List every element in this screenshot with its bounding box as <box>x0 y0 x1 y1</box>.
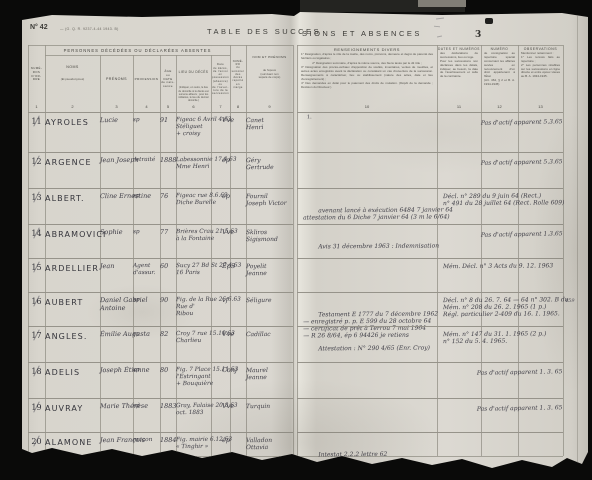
renseignements-entry: Intestat 2.2.2 lettre 62 <box>297 432 443 456</box>
column-header-dates-et-numeros: DATES ET NUMÉROS des déclarations de suc… <box>437 45 481 112</box>
profession: sp <box>133 113 160 152</box>
renseignements-entry: 1. <box>297 113 439 153</box>
age-or-birth: 82 <box>160 327 176 362</box>
column-header-renseignements-divers: RENSEIGNEMENTS DIVERS 1° Désignation, d'… <box>297 45 437 112</box>
place-of-death: Figeac rue 8.6.63 Diche Burelle <box>176 189 211 224</box>
profession: retraité <box>133 153 160 188</box>
row-number: 16 <box>28 293 45 326</box>
group-header-personnes-decedees: PERSONNES DÉCÉDÉES OU DÉCLARÉES ABSENTES <box>45 45 230 55</box>
row-number: 19 <box>28 399 45 432</box>
declaration-entry: Mém. n° 147 du 31. 1. 1965 (2 p.) n° 152… <box>443 327 487 362</box>
spouse-name: Poyelit Jeanne <box>246 259 293 292</box>
surname: ABRAMOVICI <box>45 225 100 258</box>
place-of-death: Fig. 7 Place 15.11.63 l'Estringant + Bou… <box>176 363 211 398</box>
marital-status: Vve <box>222 399 238 432</box>
renseignements-text: Intestat 2.2.2 lettre 62 <box>318 451 387 458</box>
age-or-birth: 91 <box>160 113 176 152</box>
renseignements-entry: avenant lancé à exécution 6484 7 janvier… <box>297 188 443 224</box>
spouse-name: Séligure <box>246 293 293 326</box>
renseignements-entry: Testament E 1777 du 7 décembre 1962 — en… <box>297 292 443 326</box>
observation-entry <box>487 326 564 362</box>
row-right-page: Pas d'actif apparent 1. 3. 65 <box>297 362 563 398</box>
row-number: 15 <box>28 259 45 292</box>
declaration-entry: Décl. n° 8 du 26. 7. 64 — 64 n° 302. B d… <box>443 293 487 326</box>
table-row: 13 ALBERT. Cline Ernestine sp 76 Figeac … <box>22 188 588 224</box>
age-or-birth: 77 <box>160 225 176 258</box>
page-number: 3 <box>475 30 481 40</box>
column-header-numero-sommier: NUMÉ- RO du sommier des décès reporté en… <box>230 45 246 112</box>
spouse-name: Turquin <box>246 399 293 432</box>
observation-entry <box>487 292 564 326</box>
surname: ADELIS <box>45 363 100 398</box>
first-names: Marie Thérèse <box>100 399 133 432</box>
table-row: 14 ABRAMOVICI Sophie sp 77 Brières Crau … <box>22 224 588 258</box>
surname: AUVRAY <box>45 399 100 432</box>
age-or-birth: 1884 <box>160 433 176 456</box>
declaration-entry <box>438 113 481 152</box>
spouse-name: Valladon Ottavia <box>246 433 293 456</box>
age-or-birth: 76 <box>160 189 176 224</box>
place-of-death: Fig. mairie 6.12.63 « Tinghir » <box>176 433 211 456</box>
marital-status: ÉpS <box>222 259 238 292</box>
declaration-entry <box>436 399 478 432</box>
marital-status: Vve <box>222 225 238 258</box>
observation-entry: Pas d'actif apparent 1. 3. 65 <box>477 398 563 432</box>
row-number: 17 <box>28 327 45 362</box>
row-right-page: Pas d'actif apparent 5.3.65 <box>297 152 563 188</box>
profession: Agent d'assur. <box>133 259 160 292</box>
page-title-right: SIONS ET ABSENCES <box>302 29 422 38</box>
row-right-page: Testament E 1777 du 7 décembre 1962 — en… <box>297 292 563 326</box>
observation-entry: Pas d'actif apparent 5.3.65 <box>481 112 563 152</box>
column-header-profession: PROFESSION 4 <box>133 55 160 112</box>
renseignements-text: Avis 31 décembre 1963 : Indemnisation <box>318 243 439 251</box>
place-of-death: Gray, Falaise 20.8.63 oct. 1883 <box>176 399 211 432</box>
screenshot-root: N° 42 — (G. Q. R. 9237-4-44 1943. B) TAB… <box>0 0 592 480</box>
row-number: 20 <box>28 433 45 456</box>
first-names: Jean <box>100 259 133 292</box>
row-left-page: 12 ARGENCE Jean Joseph retraité 1888 Lab… <box>28 152 293 188</box>
column-header-nom-epoux: NOM ET PRÉNOMS de l'époux (survivant non… <box>246 45 293 112</box>
observation-entry <box>487 258 564 292</box>
place-of-death: Fig. de la Rue 26.6.63 Rue d' Ribou <box>176 293 211 326</box>
declaration-entry: Mém. Décl. n° 3 Acts du 9. 12. 1963 <box>443 259 487 292</box>
row-right-page: 1. Pas d'actif apparent 5.3.65 <box>297 112 563 152</box>
column-header-lieu-du-deces: LIEU DU DÉCÈS (Indiquer, en outre, le li… <box>176 55 211 112</box>
declaration-entry <box>443 433 487 456</box>
renseignements-entry: Avis 31 décembre 1963 : Indemnisation <box>297 225 439 259</box>
first-names: Jean Joseph <box>100 153 133 188</box>
marital-status: vf <box>222 293 238 326</box>
profession: sp <box>133 189 160 224</box>
renseignements-entry: Attestation : N° 290 4/65 (Enr. Croy) <box>297 326 443 362</box>
renseignements-entry <box>297 399 436 433</box>
marital-status: Conj <box>222 363 238 398</box>
table-row: 20 ALAMONE Jean François maçon 1884 Fig.… <box>22 432 588 456</box>
profession: sp <box>133 327 160 362</box>
observation-entry: Pas d'actif apparent 5.3.65 <box>481 152 563 188</box>
row-right-page: Mém. Décl. n° 3 Acts du 9. 12. 1963 <box>297 258 563 292</box>
place-of-death: Labessonnie 17.4.63 Mme Henri <box>176 153 211 188</box>
observation-entry: Pas d'actif apparent 1.3.65 <box>481 224 563 258</box>
table-row: 15 ARDELLIER Jean Agent d'assur. 60 Sucy… <box>22 258 588 292</box>
surname: ARDELLIER <box>45 259 100 292</box>
row-number: 12 <box>28 153 45 188</box>
first-names: Joseph Étienne <box>100 363 133 398</box>
profession: sp <box>133 399 160 432</box>
column-header-noms: NOMS (Et pseudonymes) 2 <box>45 55 100 112</box>
first-names: Lucie <box>100 113 133 152</box>
declaration-entry: Décl. n° 289 du 9 juin 64 (Rect.) n° 491… <box>443 189 487 224</box>
surname: AUBERT <box>45 293 100 326</box>
column-header-date-du-deces: Date du décès, de l'envoi en possession … <box>211 55 230 112</box>
declaration-entry <box>436 363 478 398</box>
column-header-numero-repertoire: NUMÉRO de consignation au répertoire spé… <box>481 45 518 112</box>
background-sliver <box>418 0 466 7</box>
marital-status: Vve <box>222 113 238 152</box>
first-names: Daniel Gabriel Antoine <box>100 293 133 326</box>
ink-blot <box>485 18 493 24</box>
profession: sp <box>133 363 160 398</box>
observation-entry <box>487 432 563 456</box>
spouse-name: Cadillac <box>246 327 293 362</box>
row-number: 13 <box>28 189 45 224</box>
age-or-birth: 80 <box>160 363 176 398</box>
row-number: 11 <box>28 113 45 152</box>
profession: maçon <box>133 433 160 456</box>
profession: sp <box>133 225 160 258</box>
marital-status: ép <box>222 433 238 456</box>
row-left-page: 16 AUBERT Daniel Gabriel Antoine sp 90 F… <box>28 292 293 326</box>
pencil-mark: 1. <box>307 115 312 121</box>
table-row: 12 ARGENCE Jean Joseph retraité 1888 Lab… <box>22 152 588 188</box>
row-number: 14 <box>28 225 45 258</box>
first-names: Cline Ernestine <box>100 189 133 224</box>
surname: ALBERT. <box>45 189 100 224</box>
marital-status: ép <box>222 189 238 224</box>
spouse-name: Maurel Jeanne <box>246 363 293 398</box>
declaration-entry <box>439 153 482 188</box>
row-left-page: 19 AUVRAY Marie Thérèse sp 1883 Gray, Fa… <box>28 398 293 432</box>
place-of-death: Brières Crau 21.5.63 à la Fontaine <box>176 225 211 258</box>
form-reference: — (G. Q. R. 9237-4-44 1943. B) <box>60 27 119 31</box>
age-or-birth: 1888 <box>160 153 176 188</box>
column-header-prenoms: PRÉNOMS 3 <box>100 55 133 112</box>
grid-line <box>28 456 293 457</box>
row-left-page: 14 ABRAMOVICI Sophie sp 77 Brières Crau … <box>28 224 293 258</box>
column-header-observations: OBSERVATIONS Mentionner notamment : 1° L… <box>518 45 563 112</box>
age-or-birth: 60 <box>160 259 176 292</box>
row-left-page: 20 ALAMONE Jean François maçon 1884 Fig.… <box>28 432 293 456</box>
place-of-death: Figeac 6 Avril 4.63 Stéliguet + croisy <box>176 113 211 152</box>
scanned-register-spread: N° 42 — (G. Q. R. 9237-4-44 1943. B) TAB… <box>22 12 588 470</box>
column-header-numero-ordre: NUMÉ- ROS D'OR- DRE 1 <box>28 45 45 112</box>
margin-note: 459 <box>565 298 575 304</box>
spouse-name: Fournil Joseph Victor <box>246 189 293 224</box>
spouse-name: Canet Henri <box>246 113 293 152</box>
table-row: 19 AUVRAY Marie Thérèse sp 1883 Gray, Fa… <box>22 398 588 432</box>
row-left-page: 15 ARDELLIER Jean Agent d'assur. 60 Sucy… <box>28 258 293 292</box>
row-number: 18 <box>28 363 45 398</box>
row-right-page: Attestation : N° 290 4/65 (Enr. Croy) Mé… <box>297 326 563 362</box>
renseignements-text: Attestation : N° 290 4/65 (Enr. Croy) <box>318 345 430 353</box>
table-row: 17 ANGLES. Émilie Augusta sp 82 Croy 7 r… <box>22 326 588 362</box>
row-right-page: Intestat 2.2.2 lettre 62 <box>297 432 563 456</box>
first-names: Jean François <box>100 433 133 456</box>
observation-entry <box>487 188 564 224</box>
form-number: N° 42 <box>30 24 48 31</box>
spouse-name: Skliros Sigismond <box>246 225 293 258</box>
marital-status: Vve <box>222 327 238 362</box>
place-of-death: Sucy 27 Bd St 27.4.63 16 Paris <box>176 259 211 292</box>
profession: sp <box>133 293 160 326</box>
row-right-page: avenant lancé à exécution 6484 7 janvier… <box>297 188 563 224</box>
age-or-birth: 90 <box>160 293 176 326</box>
table-row: 16 AUBERT Daniel Gabriel Antoine sp 90 F… <box>22 292 588 326</box>
row-left-page: 13 ALBERT. Cline Ernestine sp 76 Figeac … <box>28 188 293 224</box>
first-names: Sophie <box>100 225 133 258</box>
row-right-page: Avis 31 décembre 1963 : Indemnisation Pa… <box>297 224 563 258</box>
table-row: 18 ADELIS Joseph Étienne sp 80 Fig. 7 Pl… <box>22 362 588 398</box>
row-right-page: Pas d'actif apparent 1. 3. 65 <box>297 398 563 432</box>
table-row: 11 AYROLES Lucie sp 91 Figeac 6 Avril 4.… <box>22 112 588 152</box>
surname: AYROLES <box>45 113 100 152</box>
marital-status: ép <box>222 153 238 188</box>
declaration-entry <box>439 225 481 258</box>
row-left-page: 17 ANGLES. Émilie Augusta sp 82 Croy 7 r… <box>28 326 293 362</box>
renseignements-text: avenant lancé à exécution 6484 7 janvier… <box>303 207 453 222</box>
row-left-page: 18 ADELIS Joseph Étienne sp 80 Fig. 7 Pl… <box>28 362 293 398</box>
renseignements-entry <box>297 153 439 189</box>
first-names: Émilie Augusta <box>100 327 133 362</box>
surname: ARGENCE <box>45 153 100 188</box>
spouse-name: Géry Gertrude <box>246 153 293 188</box>
observation-entry: Pas d'actif apparent 1. 3. 65 <box>477 362 563 398</box>
surname: ANGLES. <box>45 327 100 362</box>
column-header-age: ÂGE ou DATE de nais- sance 5 <box>160 55 176 112</box>
renseignements-entry <box>297 363 436 399</box>
row-left-page: 11 AYROLES Lucie sp 91 Figeac 6 Avril 4.… <box>28 112 293 152</box>
place-of-death: Croy 7 rue 15.10.63 Charlieu <box>176 327 211 362</box>
surname: ALAMONE <box>45 433 100 456</box>
renseignements-entry <box>297 258 443 292</box>
age-or-birth: 1883 <box>160 399 176 432</box>
